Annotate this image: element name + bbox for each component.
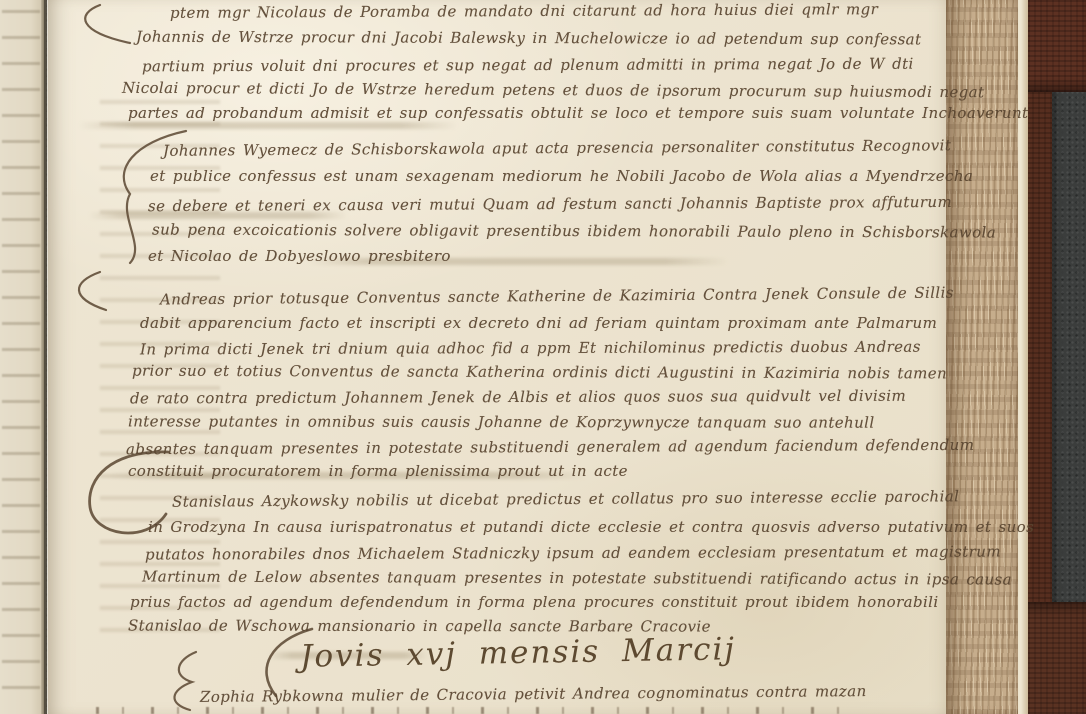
manuscript-line: se debere et teneri ex causa veri mutui … (148, 194, 952, 215)
manuscript-line: In prima dicti Jenek tri dnium quia adho… (140, 339, 921, 358)
manuscript-line: prius factos ad agendum defendendum in f… (130, 594, 939, 611)
manuscript-line: et Nicolao de Dobyeslowo presbitero (148, 248, 451, 265)
manuscript-line: putatos honorabiles dnos Michaelem Stadn… (145, 544, 1001, 563)
manuscript-line: ptem mgr Nicolaus de Poramba de mandato … (170, 1, 878, 21)
manuscript-line: in Grodzyna In causa iurispatronatus et … (148, 519, 1034, 536)
manuscript-line: et publice confessus est unam sexagenam … (150, 168, 973, 185)
manuscript-line: partes ad probandum admisit et sup confe… (128, 105, 1028, 122)
manuscript-line: constituit procuratorem in forma pleniss… (128, 463, 628, 480)
clipped-bottom-line (96, 707, 856, 714)
manuscript-line: Martinum de Lelow absentes tanquam prese… (142, 568, 1012, 588)
manuscript-line: interesse putantes in omnibus suis causi… (128, 413, 875, 431)
facing-page-text-fragments (2, 6, 40, 708)
manuscript-line: dabit apparencium facto et inscripti ex … (140, 315, 937, 332)
verso-show-through (78, 122, 458, 129)
manuscript-line: sub pena excoicationis solvere obligavit… (152, 222, 996, 241)
date-heading: Jovis xvj mensis Marcij (300, 634, 736, 673)
manuscript-line: Johannis de Wstrze procur dni Jacobi Bal… (136, 29, 922, 48)
binding-leather-top-corner (1022, 0, 1086, 92)
manuscript-photo: ptem mgr Nicolaus de Poramba de mandato … (0, 0, 1086, 714)
manuscript-line: prior suo et totius Conventus de sancta … (132, 363, 947, 382)
manuscript-line: partium prius voluit dni procures et sup… (142, 56, 914, 75)
manuscript-line: de rato contra predictum Johannem Jenek … (130, 388, 906, 407)
facing-page-sliver (0, 0, 44, 714)
